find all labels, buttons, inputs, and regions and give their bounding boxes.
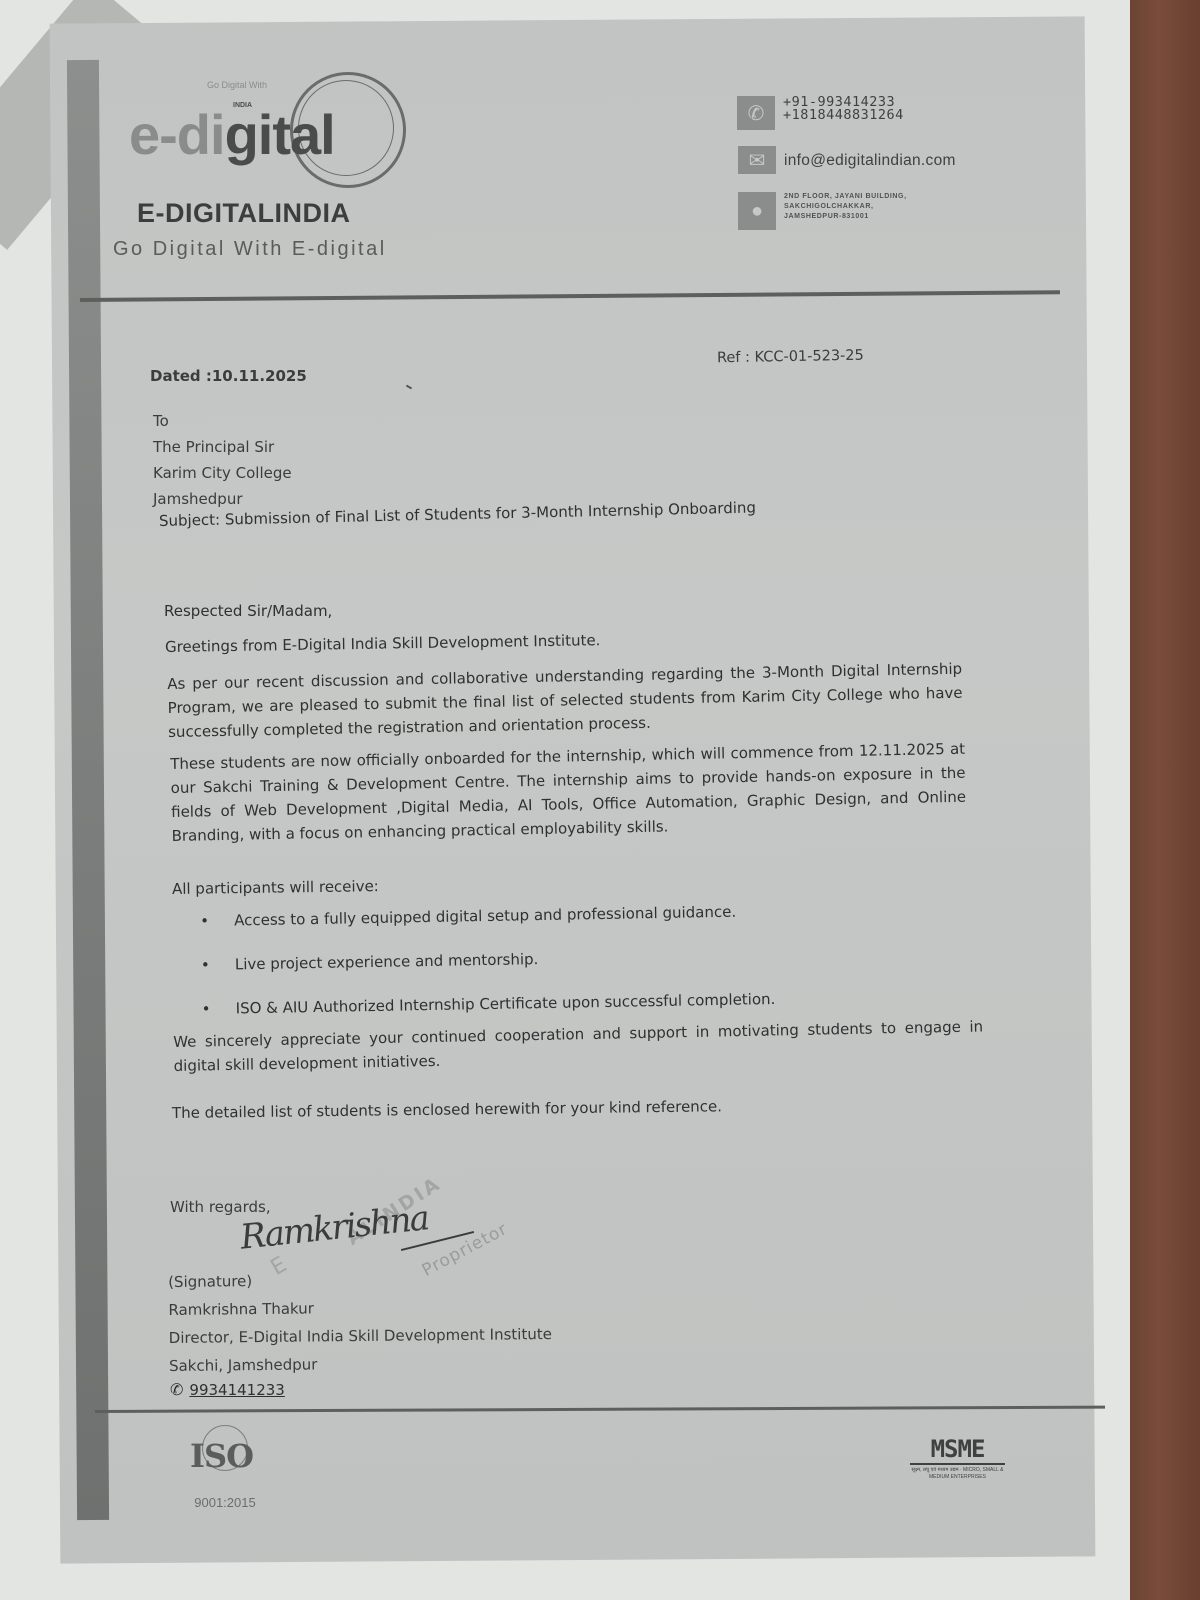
- contact-phone: ✆ +91-993414233 +1818448831264: [737, 96, 904, 130]
- contact-email: ✉ info@edigitalindian.com: [738, 146, 956, 174]
- signatory-location: Sakchi, Jamshedpur: [169, 1348, 552, 1380]
- iso-mark: ISO: [190, 1437, 253, 1475]
- signatory-title: Director, E-Digital India Skill Developm…: [169, 1320, 552, 1352]
- benefits-intro: All participants will receive:: [172, 877, 379, 898]
- msme-mark: MSME: [910, 1437, 1005, 1461]
- logo-india-mark: INDIA: [233, 102, 252, 109]
- signatory-name: Ramkrishna Thakur: [168, 1292, 551, 1324]
- letter-reference: Ref : KCC-01-523-25: [717, 348, 864, 367]
- signature-label: (Signature): [168, 1264, 551, 1296]
- recipient-line: The Principal Sir: [153, 434, 292, 460]
- iso-certification-badge: ISO 9001:2015: [185, 1425, 265, 1510]
- iso-standard: 9001:2015: [185, 1495, 265, 1510]
- phone-icon: ✆: [170, 1380, 183, 1399]
- salutation: Respected Sir/Madam,: [164, 602, 332, 620]
- signatory-phone: ✆9934141233: [170, 1380, 285, 1399]
- closing: With regards,: [170, 1198, 271, 1216]
- msme-badge: MSME सूक्ष्म, लघु एवं मध्यम उद्यम · MICR…: [910, 1437, 1005, 1481]
- phone-number-2: +1818448831264: [783, 109, 904, 122]
- paragraph-onboarding: These students are now officially onboar…: [170, 737, 967, 848]
- recipient-line: Jamshedpur: [153, 486, 292, 512]
- recipient-address: To The Principal Sir Karim City College …: [153, 408, 292, 512]
- mail-icon: ✉: [738, 146, 776, 174]
- logo-wordmark: e-digital: [129, 102, 335, 167]
- location-pin-icon: ●: [738, 192, 776, 230]
- phone-icon: ✆: [737, 96, 775, 130]
- address-line: JAMSHEDPUR-831001: [784, 212, 907, 222]
- letter-date: Dated :10.11.2025: [150, 367, 307, 385]
- brand-slogan: Go Digital With E-digital: [113, 238, 387, 261]
- msme-divider: [910, 1463, 1005, 1465]
- contact-address: ● 2ND FLOOR, JAYANI BUILDING, SAKCHIGOLC…: [738, 192, 907, 230]
- address-line: SAKCHIGOLCHAKKAR,: [784, 202, 907, 212]
- logo-small-tagline: Go Digital With: [207, 80, 267, 90]
- wooden-table-edge: [1130, 0, 1200, 1600]
- recipient-line: Karim City College: [153, 460, 292, 486]
- signatory-phone-number: 9934141233: [189, 1381, 284, 1399]
- brand-name: E-DIGITALINDIA: [137, 198, 350, 229]
- msme-subtitle: सूक्ष्म, लघु एवं मध्यम उद्यम · MICRO, SM…: [910, 1467, 1005, 1481]
- signatory-block: (Signature) Ramkrishna Thakur Director, …: [168, 1264, 552, 1380]
- address-line: 2ND FLOOR, JAYANI BUILDING,: [784, 192, 907, 202]
- email-address: info@edigitalindian.com: [784, 146, 956, 170]
- paragraph-discussion: As per our recent discussion and collabo…: [167, 657, 963, 744]
- recipient-line: To: [153, 408, 292, 434]
